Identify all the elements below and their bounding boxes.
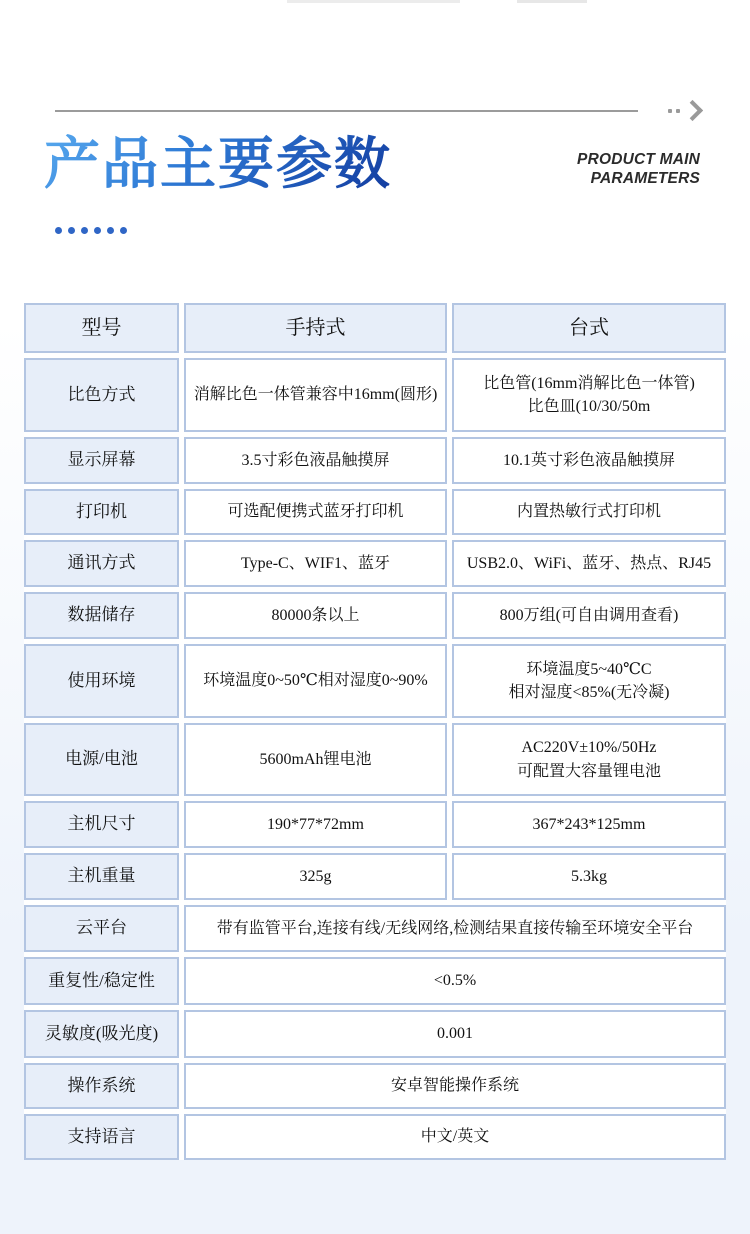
spec-label: 重复性/稳定性 bbox=[24, 957, 179, 1005]
spec-value-handheld: 190*77*72mm bbox=[184, 801, 447, 848]
spec-value-handheld: 3.5寸彩色液晶触摸屏 bbox=[184, 437, 447, 484]
spec-label: 比色方式 bbox=[24, 358, 179, 432]
spec-value-desktop: 环境温度5~40℃C 相对湿度<85%(无冷凝) bbox=[452, 644, 726, 718]
spec-value-handheld: 可选配便携式蓝牙打印机 bbox=[184, 489, 447, 535]
dot bbox=[68, 227, 75, 234]
spec-label: 使用环境 bbox=[24, 644, 179, 718]
spec-value-handheld: Type-C、WIF1、蓝牙 bbox=[184, 540, 447, 587]
title-dots-decoration bbox=[55, 227, 127, 234]
spec-label: 显示屏幕 bbox=[24, 437, 179, 484]
dot bbox=[94, 227, 101, 234]
spec-label: 云平台 bbox=[24, 905, 179, 952]
spec-table: 型号 手持式 台式 比色方式 消解比色一体管兼容中16mm(圆形) 比色管(16… bbox=[24, 303, 726, 1160]
col-header-model: 型号 bbox=[24, 303, 179, 353]
spec-label: 打印机 bbox=[24, 489, 179, 535]
spec-label: 主机尺寸 bbox=[24, 801, 179, 848]
spec-value-shared: 安卓智能操作系统 bbox=[184, 1063, 726, 1109]
spec-value-desktop: USB2.0、WiFi、蓝牙、热点、RJ45 bbox=[452, 540, 726, 587]
spec-value-desktop: AC220V±10%/50Hz 可配置大容量锂电池 bbox=[452, 723, 726, 796]
spec-value-desktop: 比色管(16mm消解比色一体管) 比色皿(10/30/50m bbox=[452, 358, 726, 432]
chevron-glyph bbox=[682, 100, 703, 121]
spec-value-shared: 带有监管平台,连接有线/无线网络,检测结果直接传输至环境安全平台 bbox=[184, 905, 726, 952]
top-edge-artifact bbox=[287, 0, 460, 3]
spec-value-handheld: 环境温度0~50℃相对湿度0~90% bbox=[184, 644, 447, 718]
spec-label: 主机重量 bbox=[24, 853, 179, 900]
spec-value-handheld: 消解比色一体管兼容中16mm(圆形) bbox=[184, 358, 447, 432]
spec-value-desktop: 5.3kg bbox=[452, 853, 726, 900]
page-subtitle-en: PRODUCT MAIN PARAMETERS bbox=[577, 150, 700, 188]
spec-label: 数据储存 bbox=[24, 592, 179, 639]
spec-value-shared: 中文/英文 bbox=[184, 1114, 726, 1160]
spec-value-handheld: 5600mAh锂电池 bbox=[184, 723, 447, 796]
divider-line bbox=[55, 110, 638, 112]
spec-label: 灵敏度(吸光度) bbox=[24, 1010, 179, 1058]
top-edge-artifact bbox=[517, 0, 587, 3]
col-header-desktop: 台式 bbox=[452, 303, 726, 353]
dot bbox=[55, 227, 62, 234]
spec-value-shared: 0.001 bbox=[184, 1010, 726, 1058]
spec-value-handheld: 325g bbox=[184, 853, 447, 900]
spec-value-desktop: 内置热敏行式打印机 bbox=[452, 489, 726, 535]
chevron-right-icon bbox=[668, 103, 700, 118]
spec-value-handheld: 80000条以上 bbox=[184, 592, 447, 639]
spec-value-desktop: 367*243*125mm bbox=[452, 801, 726, 848]
spec-value-desktop: 10.1英寸彩色液晶触摸屏 bbox=[452, 437, 726, 484]
dot bbox=[676, 109, 680, 113]
spec-label: 电源/电池 bbox=[24, 723, 179, 796]
spec-value-desktop: 800万组(可自由调用查看) bbox=[452, 592, 726, 639]
spec-value-shared: <0.5% bbox=[184, 957, 726, 1005]
dot bbox=[120, 227, 127, 234]
spec-label: 通讯方式 bbox=[24, 540, 179, 587]
spec-label: 操作系统 bbox=[24, 1063, 179, 1109]
col-header-handheld: 手持式 bbox=[184, 303, 447, 353]
dot bbox=[668, 109, 672, 113]
page-title: 产品主要参数 bbox=[44, 130, 392, 200]
dot bbox=[81, 227, 88, 234]
dot bbox=[107, 227, 114, 234]
spec-label: 支持语言 bbox=[24, 1114, 179, 1160]
